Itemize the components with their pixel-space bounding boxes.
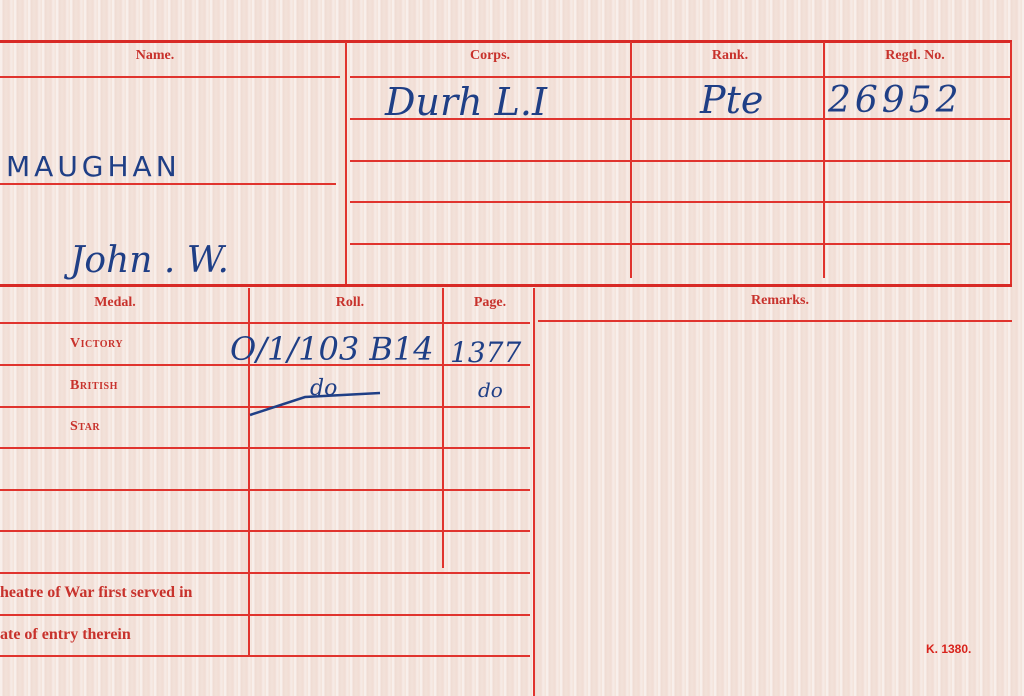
medal-header: Medal. [60,295,170,311]
roll-page-divider [442,288,444,568]
blank-rule-1 [0,489,530,491]
name-corps-divider [345,42,347,284]
theatre-rule [0,614,530,616]
regtl-no-header: Regtl. No. [850,48,980,64]
rule-4-right [350,201,1012,203]
corps-entry: Durh L.I [385,80,547,124]
date-of-entry-label: ate of entry therein [0,626,131,644]
form-number: K. 1380. [926,642,971,656]
right-border [1010,42,1012,284]
blank-rule-3 [0,572,530,574]
name-header-rule [0,76,340,78]
theatre-of-war-label: heatre of War first served in [0,584,192,602]
page-remarks-divider [533,288,535,696]
forenames-entry: John . W. [70,240,229,281]
ditto-underline-stroke [245,385,385,420]
regtl-no-entry: 26952 [828,80,963,121]
rule-5-right [350,243,1012,245]
page-header: Page. [450,295,530,311]
corps-header-rule [350,76,1012,78]
corps-rank-divider [630,42,632,278]
rule-3-right [350,160,1012,162]
rank-entry: Pte [700,78,763,122]
top-border-rule [0,40,1012,43]
rank-regtl-divider [823,42,825,278]
medal-header-rule [0,322,530,324]
name-header: Name. [90,48,220,64]
remarks-header: Remarks. [710,293,850,309]
roll-header: Roll. [295,295,405,311]
rank-header: Rank. [680,48,780,64]
date-entry-rule [0,655,530,657]
section-divider-rule [0,284,1012,287]
medal-victory-label: Victory [70,336,123,352]
surname-rule [0,183,336,185]
corps-header: Corps. [430,48,550,64]
medal-index-card: Name. Corps. Rank. Regtl. No. MAUGHAN Jo… [0,0,1024,696]
blank-rule-2 [0,530,530,532]
star-rule [0,447,530,449]
british-page-entry: do [478,378,503,402]
surname-entry: MAUGHAN [6,150,181,183]
victory-roll-entry: O/1/103 B14 [230,330,434,368]
medal-star-label: Star [70,419,100,435]
medal-british-label: British [70,378,118,394]
victory-page-entry: 1377 [450,336,521,369]
remarks-header-rule [538,320,1012,322]
